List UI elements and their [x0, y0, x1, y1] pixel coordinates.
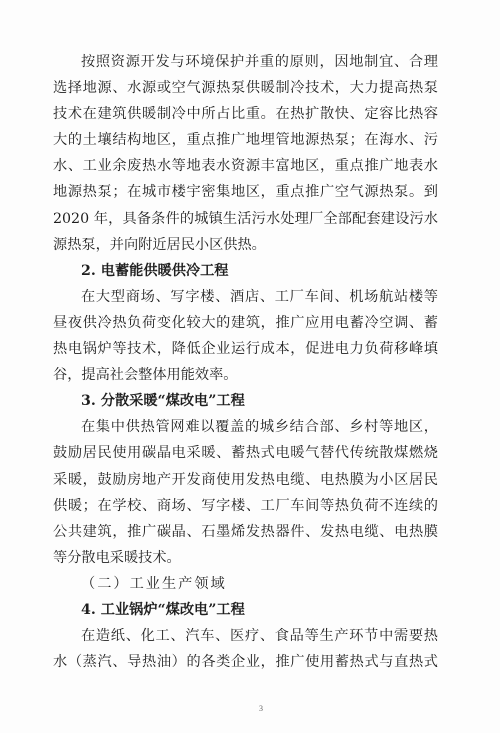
text-line: 谷，提高社会整体用能效率。	[53, 362, 438, 388]
paragraph-industrial-boiler: 在造纸、化工、汽车、医疗、食品等生产环节中需要热 水（蒸汽、导热油）的各类企业，…	[53, 623, 438, 675]
text-line: 热电锅炉等技术，降低企业运行成本，促进电力负荷移峰填	[53, 336, 438, 362]
text-line: 源热泵，并向附近居民小区供热。	[53, 232, 438, 258]
text-line: 2020 年，具备条件的城镇生活污水处理厂全部配套建设污水	[53, 206, 438, 232]
section-heading-3: 3. 分散采暖“煤改电”工程	[53, 388, 438, 414]
section-heading-4: 4. 工业锅炉“煤改电”工程	[53, 597, 438, 623]
paragraph-heat-pump: 按照资源开发与环境保护并重的原则，因地制宜、合理 选择地源、水源或空气源热泵供暖…	[53, 49, 438, 258]
paragraph-energy-storage: 在大型商场、写字楼、酒店、工厂车间、机场航站楼等 昼夜供冷热负荷变化较大的建筑，…	[53, 284, 438, 388]
document-page: 按照资源开发与环境保护并重的原则，因地制宜、合理 选择地源、水源或空气源热泵供暖…	[0, 0, 500, 733]
text-line: 供暖；在学校、商场、写字楼、工厂车间等热负荷不连续的	[53, 493, 438, 519]
text-line: 在集中供热管网难以覆盖的城乡结合部、乡村等地区，	[53, 414, 438, 440]
page-content: 按照资源开发与环境保护并重的原则，因地制宜、合理 选择地源、水源或空气源热泵供暖…	[53, 49, 438, 675]
text-line: 大的土壤结构地区，重点推广地埋管地源热泵；在海水、污	[53, 127, 438, 153]
section-heading-2: 2. 电蓄能供暖供冷工程	[53, 258, 438, 284]
text-line: 等分散电采暖技术。	[53, 545, 438, 571]
text-line: 鼓励居民使用碳晶电采暖、蓄热式电暖气替代传统散煤燃烧	[53, 440, 438, 466]
subsection-heading-industrial: （二）工业生产领域	[53, 571, 438, 597]
text-line: 公共建筑，推广碳晶、石墨烯发热器件、发热电缆、电热膜	[53, 519, 438, 545]
text-line: 采暖，鼓励房地产开发商使用发热电缆、电热膜为小区居民	[53, 467, 438, 493]
text-line: 水（蒸汽、导热油）的各类企业，推广使用蓄热式与直热式	[53, 649, 438, 675]
text-line: 技术在建筑供暖制冷中所占比重。在热扩散快、定容比热容	[53, 101, 438, 127]
page-number: 3	[256, 704, 266, 713]
paragraph-distributed-heating: 在集中供热管网难以覆盖的城乡结合部、乡村等地区， 鼓励居民使用碳晶电采暖、蓄热式…	[53, 414, 438, 571]
text-line: 在造纸、化工、汽车、医疗、食品等生产环节中需要热	[53, 623, 438, 649]
text-line: 在大型商场、写字楼、酒店、工厂车间、机场航站楼等	[53, 284, 438, 310]
text-line: 水、工业余废热水等地表水资源丰富地区，重点推广地表水	[53, 153, 438, 179]
text-line: 昼夜供冷热负荷变化较大的建筑，推广应用电蓄冷空调、蓄	[53, 310, 438, 336]
text-line: 按照资源开发与环境保护并重的原则，因地制宜、合理	[53, 49, 438, 75]
text-line: 地源热泵；在城市楼宇密集地区，重点推广空气源热泵。到	[53, 179, 438, 205]
text-line: 选择地源、水源或空气源热泵供暖制冷技术，大力提高热泵	[53, 75, 438, 101]
